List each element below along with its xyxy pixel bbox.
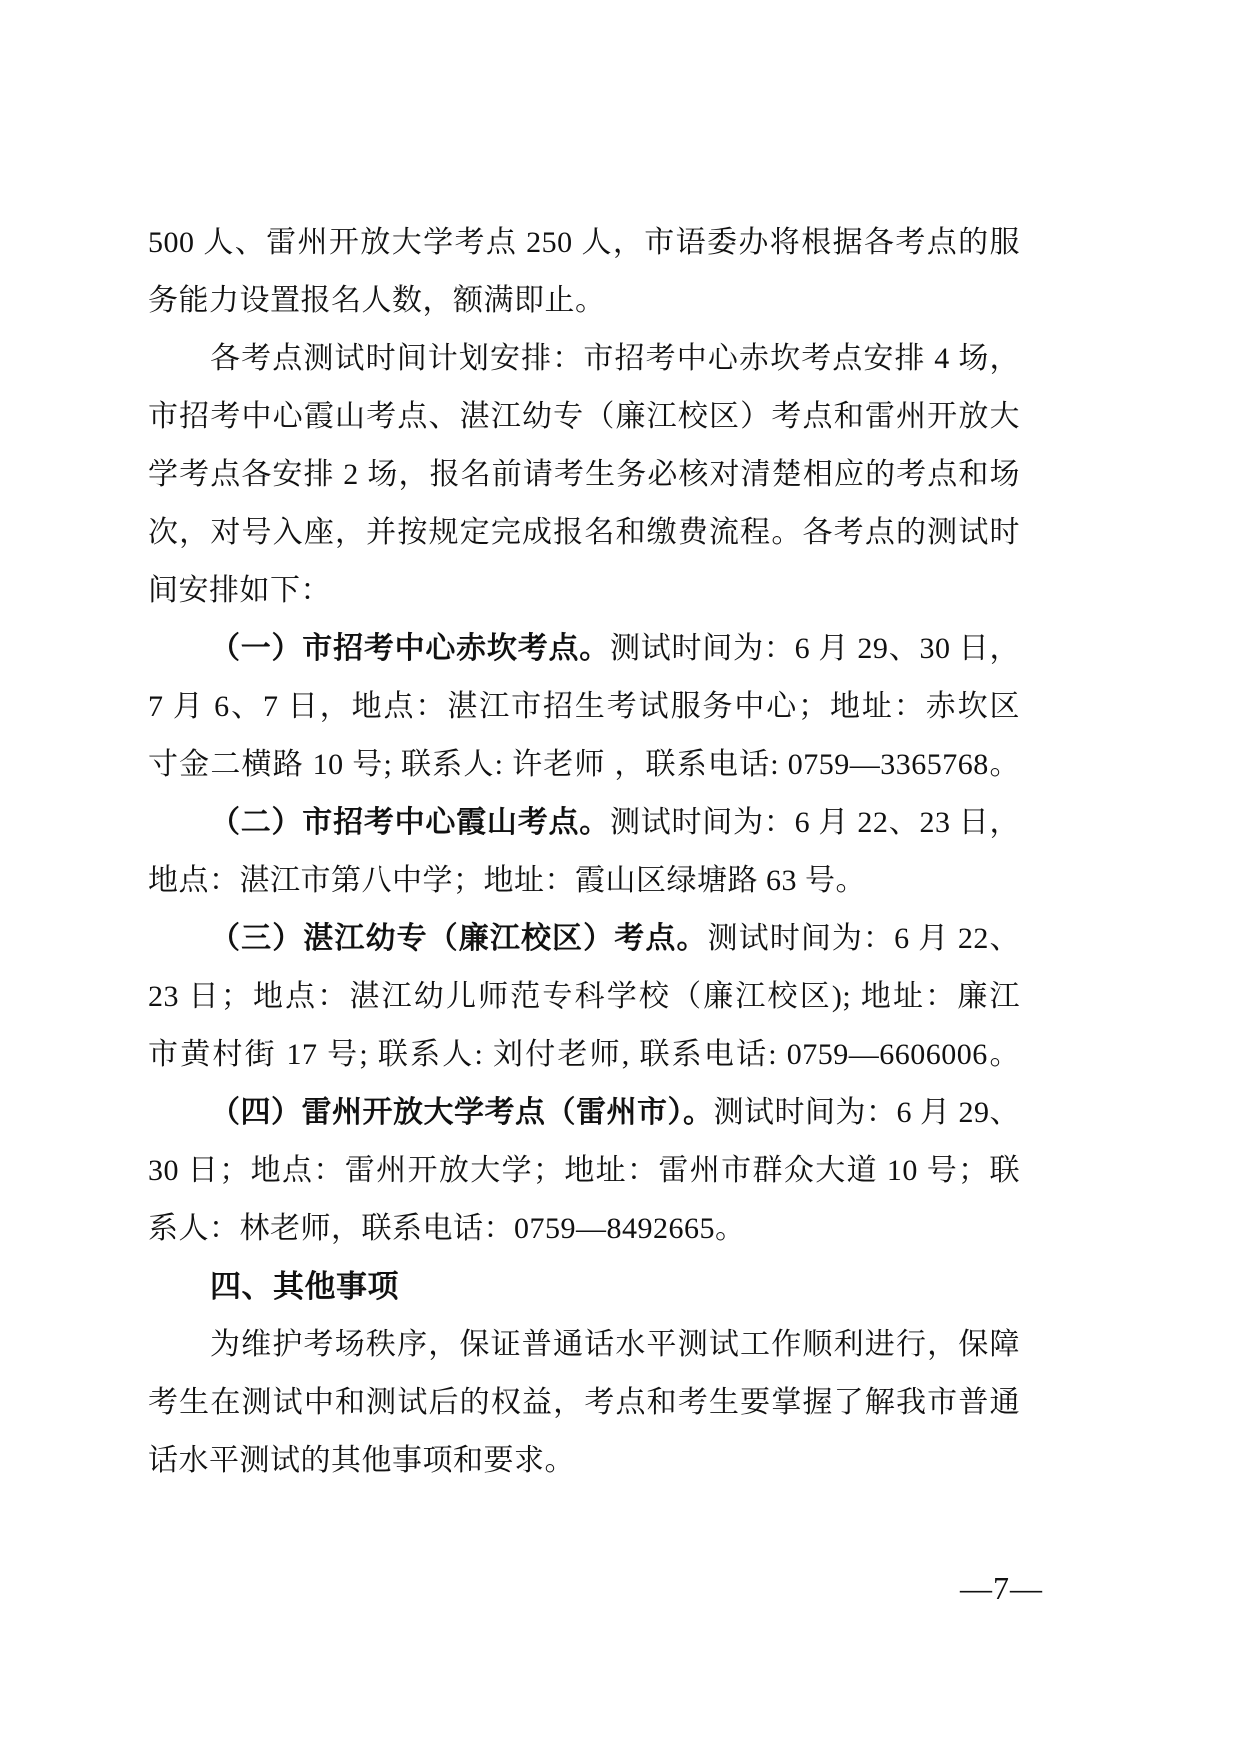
item-heading: （二）市招考中心霞山考点。: [210, 806, 610, 839]
body-text: 系人：林老师，联系电话：0759—8492665。: [148, 1212, 746, 1245]
body-text: 次，对号入座，并按规定完成报名和缴费流程。各考点的测试时: [148, 516, 1020, 549]
body-text: 7 月 6、7 日，地点：湛江市招生考试服务中心；地址：赤坎区: [148, 690, 1020, 723]
body-text: 500 人、雷州开放大学考点 250 人，市语委办将根据各考点的服: [148, 226, 1020, 259]
text-line: 学考点各安排 2 场，报名前请考生务必核对清楚相应的考点和场: [148, 446, 1020, 504]
item-heading: （三）湛江幼专（廉江校区）考点。: [210, 922, 708, 955]
body-text: 测试时间为：6 月 29、30 日，: [610, 632, 1020, 665]
item-heading: （一）市招考中心赤坎考点。: [210, 632, 610, 665]
text-line: 23 日；地点：湛江幼儿师范专科学校（廉江校区); 地址：廉江: [148, 968, 1020, 1026]
text-line: （四）雷州开放大学考点（雷州市）。测试时间为：6 月 29、: [148, 1084, 1020, 1142]
text-line: 市黄村街 17 号; 联系人: 刘付老师, 联系电话: 0759—6606006…: [148, 1026, 1020, 1084]
body-text: 各考点测试时间计划安排：市招考中心赤坎考点安排 4 场，: [210, 342, 1020, 375]
page-number: —7—: [960, 1568, 1043, 1608]
item-heading: （四）雷州开放大学考点（雷州市）。: [210, 1096, 714, 1129]
body-text: 考生在测试中和测试后的权益，考点和考生要掌握了解我市普通: [148, 1386, 1020, 1419]
body-text: 市招考中心霞山考点、湛江幼专（廉江校区）考点和雷州开放大: [148, 400, 1020, 433]
body-text: 务能力设置报名人数，额满即止。: [148, 284, 606, 317]
text-line: 次，对号入座，并按规定完成报名和缴费流程。各考点的测试时: [148, 504, 1020, 562]
text-line: 为维护考场秩序，保证普通话水平测试工作顺利进行，保障: [148, 1316, 1020, 1374]
body-text: 为维护考场秩序，保证普通话水平测试工作顺利进行，保障: [210, 1328, 1020, 1361]
body-text: 23 日；地点：湛江幼儿师范专科学校（廉江校区); 地址：廉江: [148, 980, 1020, 1013]
text-line: 30 日；地点：雷州开放大学；地址：雷州市群众大道 10 号；联: [148, 1142, 1020, 1200]
text-line: （一）市招考中心赤坎考点。测试时间为：6 月 29、30 日，: [148, 620, 1020, 678]
text-line: （二）市招考中心霞山考点。测试时间为：6 月 22、23 日，: [148, 794, 1020, 852]
text-line: 地点：湛江市第八中学；地址：霞山区绿塘路 63 号。: [148, 852, 1020, 910]
text-line: 市招考中心霞山考点、湛江幼专（廉江校区）考点和雷州开放大: [148, 388, 1020, 446]
section-heading: 四、其他事项: [210, 1269, 399, 1304]
text-line: 四、其他事项: [148, 1258, 1020, 1316]
text-line: 7 月 6、7 日，地点：湛江市招生考试服务中心；地址：赤坎区: [148, 678, 1020, 736]
body-text: 测试时间为：6 月 22、: [708, 922, 1020, 955]
body-text: 测试时间为：6 月 29、: [714, 1096, 1021, 1129]
text-line: 考生在测试中和测试后的权益，考点和考生要掌握了解我市普通: [148, 1374, 1020, 1432]
text-line: 各考点测试时间计划安排：市招考中心赤坎考点安排 4 场，: [148, 330, 1020, 388]
body-text: 30 日；地点：雷州开放大学；地址：雷州市群众大道 10 号；联: [148, 1154, 1020, 1187]
text-line: 务能力设置报名人数，额满即止。: [148, 272, 1020, 330]
text-line: 系人：林老师，联系电话：0759—8492665。: [148, 1200, 1020, 1258]
body-text: 地点：湛江市第八中学；地址：霞山区绿塘路 63 号。: [148, 864, 866, 897]
text-line: 500 人、雷州开放大学考点 250 人，市语委办将根据各考点的服: [148, 214, 1020, 272]
body-text: 市黄村街 17 号; 联系人: 刘付老师, 联系电话: 0759—6606006…: [148, 1038, 1020, 1071]
body-text: 学考点各安排 2 场，报名前请考生务必核对清楚相应的考点和场: [148, 458, 1020, 491]
text-line: 间安排如下：: [148, 562, 1020, 620]
body-text: 间安排如下：: [148, 574, 331, 607]
body-text: 寸金二横路 10 号; 联系人: 许老师 ，联系电话: 0759—3365768…: [148, 748, 1020, 781]
document-lines: 500 人、雷州开放大学考点 250 人，市语委办将根据各考点的服务能力设置报名…: [148, 214, 1020, 1490]
text-line: （三）湛江幼专（廉江校区）考点。测试时间为：6 月 22、: [148, 910, 1020, 968]
document-page: 500 人、雷州开放大学考点 250 人，市语委办将根据各考点的服务能力设置报名…: [0, 0, 1240, 1754]
body-text: 话水平测试的其他事项和要求。: [148, 1444, 575, 1477]
text-line: 寸金二横路 10 号; 联系人: 许老师 ，联系电话: 0759—3365768…: [148, 736, 1020, 794]
text-line: 话水平测试的其他事项和要求。: [148, 1432, 1020, 1490]
body-text: 测试时间为：6 月 22、23 日，: [610, 806, 1020, 839]
